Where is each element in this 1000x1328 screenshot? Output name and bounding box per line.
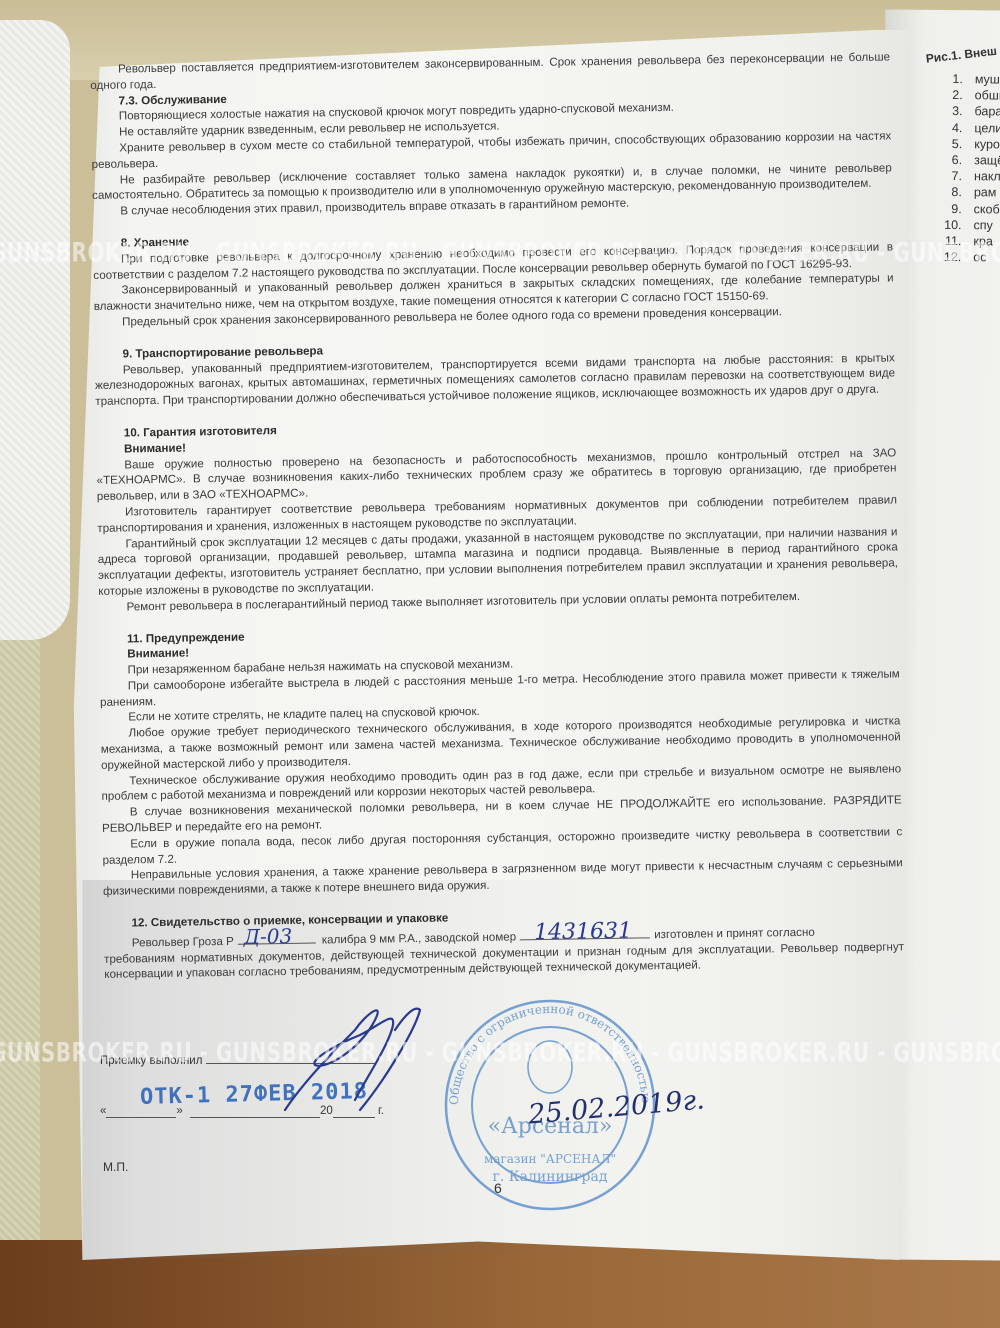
watermark: GUNSBROKER.RU - GUNSBROKER.RU - GUNSBROK… xyxy=(0,1036,1000,1068)
figure-caption: Рис.1. Внеш xyxy=(925,44,997,66)
parts-list-item: 5.курок xyxy=(924,137,1000,154)
parts-list-item: 2.обшив xyxy=(925,88,1000,105)
parts-list-item: 1.мушка xyxy=(925,72,1000,89)
parts-list-item: 6.защё xyxy=(924,153,1000,170)
parts-list-item: 3.бараб xyxy=(924,104,1000,121)
watermark: GUNSBROKER.RU - GUNSBROKER.RU - GUNSBROK… xyxy=(0,236,1000,268)
model-prefix: Револьвер Гроза Р xyxy=(132,934,234,951)
tablecloth xyxy=(0,640,40,1240)
parts-list-item: 8.рам xyxy=(924,185,1000,202)
svg-text:магазин "АРСЕНАЛ": магазин "АРСЕНАЛ" xyxy=(484,1152,616,1166)
stamp-place-label: М.П. xyxy=(103,1160,128,1174)
serial-handwritten: 1431631 xyxy=(534,924,632,941)
document-body: Револьвер поставляется предприятием-изго… xyxy=(90,49,904,983)
parts-list-item: 7.накл xyxy=(924,169,1000,186)
svg-text:г. Калининград: г. Калининград xyxy=(493,1169,608,1185)
model-field[interactable]: Д-03 xyxy=(238,928,316,944)
cloth-napkin xyxy=(0,20,70,640)
parts-list-item: 10.спу xyxy=(924,217,1000,234)
serial-number-field[interactable]: 1431631 xyxy=(520,923,650,940)
parts-list-item: 9.скоб xyxy=(924,201,1000,218)
model-handwritten: Д-03 xyxy=(244,929,293,946)
page-number: 6 xyxy=(494,1180,502,1196)
parts-list-item: 4.целик xyxy=(924,120,1000,137)
